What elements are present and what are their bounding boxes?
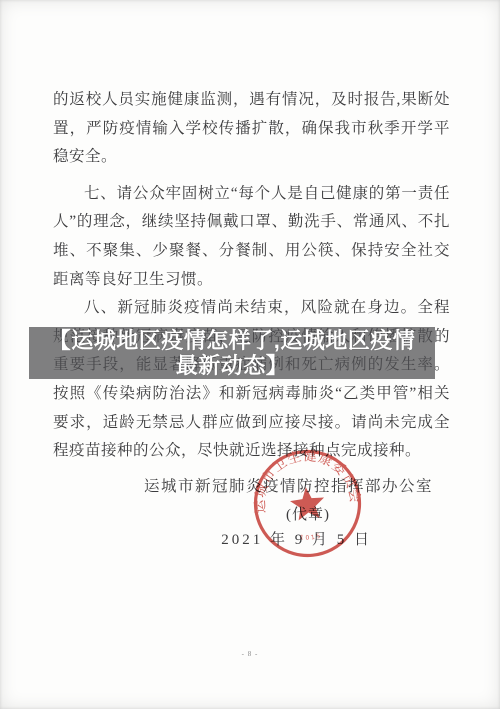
seal-star bbox=[289, 485, 326, 521]
scanned-document: 的返校人员实施健康监测，遇有情况，及时报告,果断处置，严防疫情输入学校传播扩散，… bbox=[0, 0, 500, 709]
paragraph: 七、请公众牢固树立“每个人是自己健康的第一责任人”的理念，继续坚持佩戴口罩、勤洗… bbox=[53, 180, 450, 294]
paragraph: 的返校人员实施健康监测，遇有情况，及时报告,果断处置，严防疫情输入学校传播扩散，… bbox=[53, 86, 450, 172]
seal-serial: 1015 bbox=[299, 532, 324, 543]
page-number: - 8 - bbox=[0, 650, 500, 658]
caption-banner: 【运城地区疫情怎样了,运城地区疫情 最新动态】 bbox=[29, 327, 435, 379]
svg-text:1015: 1015 bbox=[299, 532, 324, 543]
document-text: 的返校人员实施健康监测，遇有情况，及时报告,果断处置，严防疫情输入学校传播扩散，… bbox=[53, 86, 450, 466]
caption-text: 【运城地区疫情怎样了,运城地区疫情 最新动态】 bbox=[49, 328, 416, 378]
official-seal: 运城市卫生健康委员会 1015 bbox=[244, 440, 370, 566]
paragraph: 八、新冠肺炎疫情尚未结束，风险就在身边。全程规范接种新冠病毒疫苗，是防控疫情输入… bbox=[53, 294, 450, 466]
